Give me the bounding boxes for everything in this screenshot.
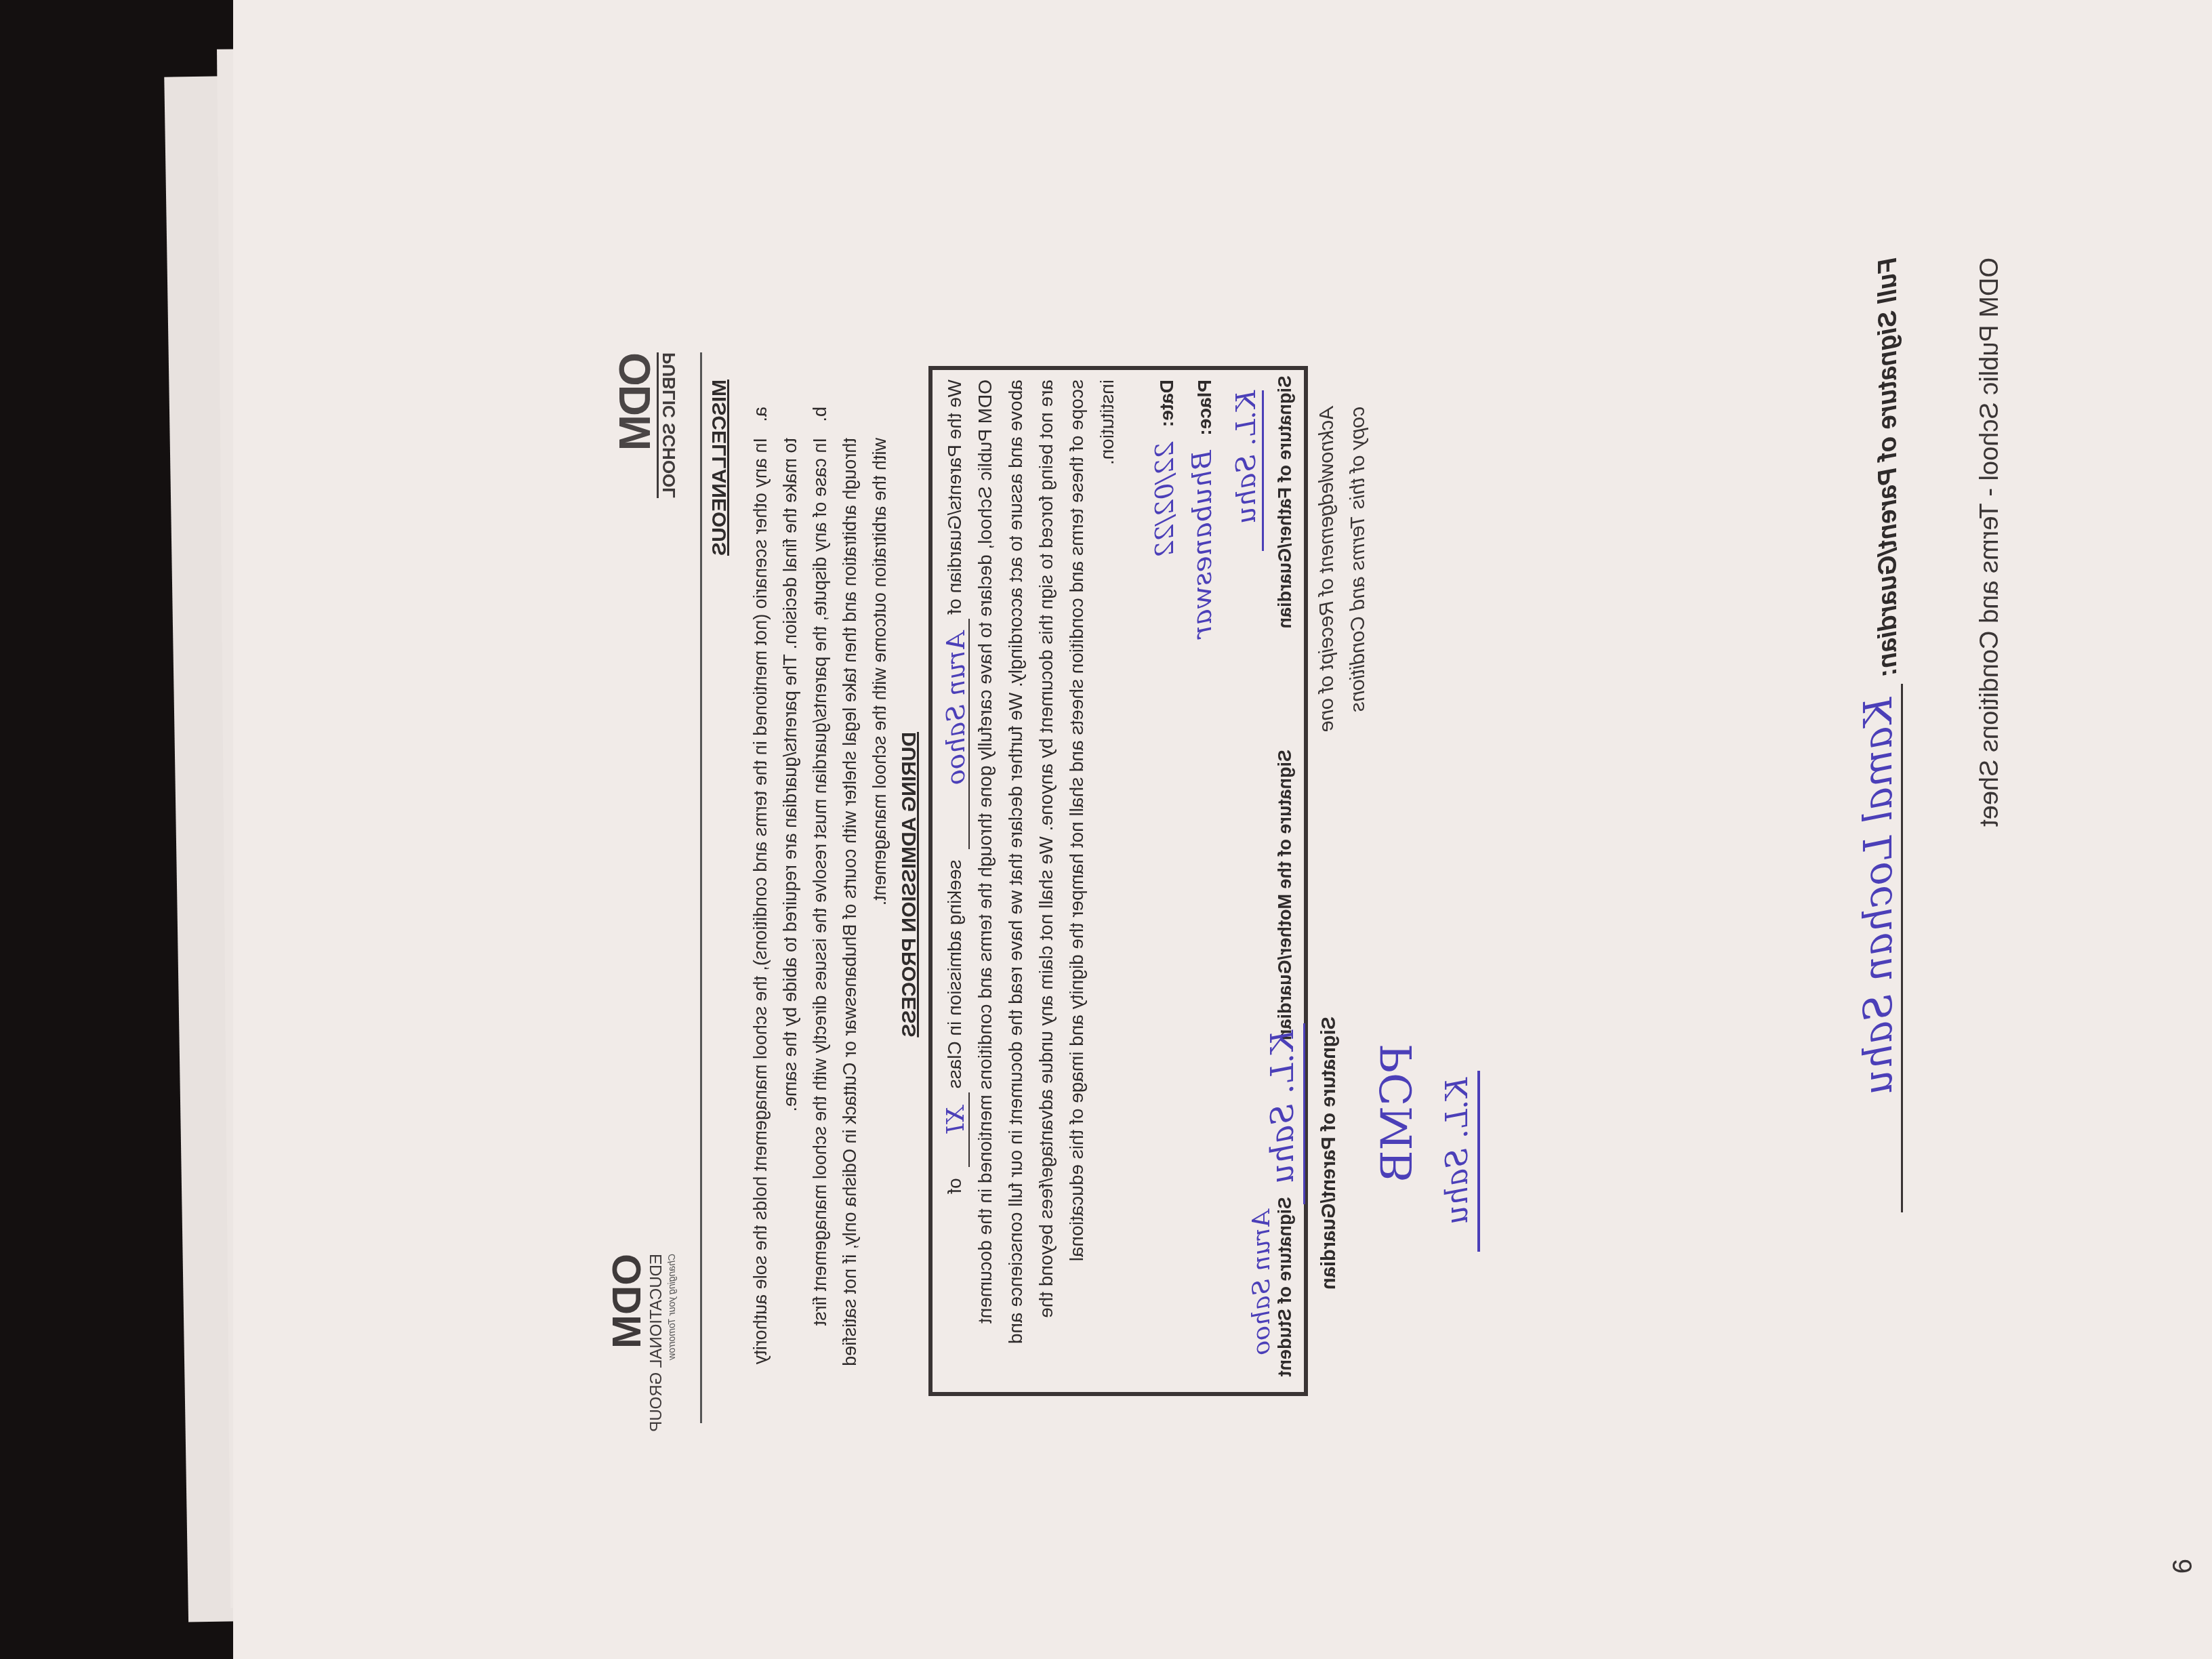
full-signature-label: Full Signature of Parent/Guardian: <box>1874 258 1903 677</box>
declaration-box: We the Parents/Guardian of Arun Sahoo se… <box>928 366 1308 1396</box>
content-frame: ODM PUBLIC SCHOOL ODM EDUCATIONAL GROUP … <box>261 0 2212 1659</box>
declaration-line: seeking admission in Class <box>939 860 970 1089</box>
declaration-line: institution. <box>1092 380 1122 1382</box>
ack-line: copy of this Terms and Conditions <box>1343 407 1374 732</box>
logo-tagline: Changing your Tomorrow <box>666 1254 677 1457</box>
full-signature-value: Kamal Lochan Sahu <box>1855 697 1901 1095</box>
place-label: Place: <box>1194 380 1215 436</box>
odm-educational-group-logo: ODM EDUCATIONAL GROUP Changing your Tomo… <box>607 1254 688 1457</box>
logo-mark: ODM <box>613 352 657 522</box>
ack-signature: K.L. Sahu <box>1264 1023 1305 1204</box>
misc-title: MISCELLANEOUS <box>708 380 731 556</box>
bullet: b. <box>805 407 895 438</box>
class-handwritten: XI <box>941 1106 971 1133</box>
declaration-line: above and assure to act accordingly. We … <box>1000 380 1031 1382</box>
place-value: Bhubaneswar <box>1187 450 1218 638</box>
logo-subtitle: PUBLIC SCHOOL <box>657 352 680 498</box>
father-signature: K.L. Sahu <box>1231 390 1264 551</box>
declaration-line: ODM Public School, declare to have caref… <box>970 380 1000 1382</box>
full-signature-row: Full Signature of Parent/Guardian: Kamal… <box>1874 258 1903 1212</box>
student-name-handwritten: Arun Sahoo <box>941 632 971 785</box>
date-value: 22/02/22 <box>1149 442 1179 558</box>
misc-item-text: In any other scenario (not mentioned in … <box>745 438 805 1382</box>
mother-signature-label: Signature of the Mother/Guardian <box>1275 750 1296 1040</box>
date-label: Date: <box>1156 380 1177 427</box>
declaration-line: scope of these terms and condition sheet… <box>1061 380 1092 1382</box>
logo-mark: ODM <box>607 1254 647 1457</box>
ack-signature-label: Signature of Parent/Guardian <box>1318 1017 1340 1290</box>
class-field: XI <box>968 1092 970 1167</box>
misc-item: a. In any other scenario (not mentioned … <box>745 407 805 1382</box>
misc-item-text: In case of any dispute, the parents/guar… <box>805 438 895 1382</box>
student-name-field: Arun Sahoo <box>968 619 970 849</box>
document-page: 6 ODM PUBLIC SCHOOL ODM EDUCATIONAL GROU… <box>233 0 2212 1659</box>
admission-title: DURING ADMISSION PROCESS <box>898 732 921 1038</box>
odm-public-school-logo: ODM PUBLIC SCHOOL <box>613 352 688 522</box>
bullet: a. <box>745 407 805 438</box>
declaration-line: We the Parents/Guardian of <box>939 380 970 615</box>
student-signature-label: Signature of Student <box>1275 1197 1296 1377</box>
extra-signature: K.L. Sahu <box>1440 1071 1480 1252</box>
declaration-line: of <box>939 1178 970 1193</box>
declaration-line: are not being forced to sign this docume… <box>1031 380 1061 1382</box>
footer-text: ODM Public School - Terms and Conditions… <box>1975 258 2005 827</box>
misc-list: a. In any other scenario (not mentioned … <box>745 407 895 1382</box>
declaration-text: We the Parents/Guardian of Arun Sahoo se… <box>939 380 1122 1382</box>
student-signature: Arun Sahoo <box>1248 1210 1275 1355</box>
logo-subtitle: EDUCATIONAL GROUP <box>647 1254 666 1457</box>
place-row: Place: Bhubaneswar <box>1187 380 1218 638</box>
date-row: Date: 22/02/22 <box>1149 380 1179 557</box>
ack-line: Acknowledgement of Receipt of one <box>1311 407 1343 732</box>
stream-note: PCMB <box>1372 1044 1422 1183</box>
full-signature-line: Kamal Lochan Sahu <box>1894 684 1903 1212</box>
acknowledgement-text: Acknowledgement of Receipt of one copy o… <box>1311 407 1374 732</box>
father-signature-label: Signature of Father/Guardian <box>1275 375 1296 629</box>
header-divider <box>700 352 702 1423</box>
misc-item: b. In case of any dispute, the parents/g… <box>805 407 895 1382</box>
